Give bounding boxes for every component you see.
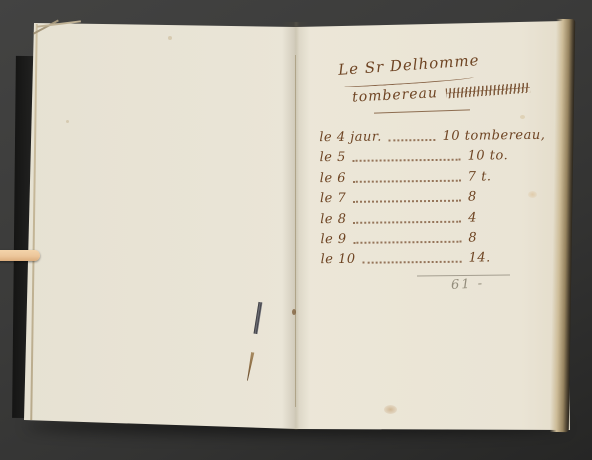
- entry-amount: 10 to.: [467, 148, 545, 164]
- dotted-leader: [353, 190, 461, 203]
- ledger-row: le 8 4: [320, 209, 546, 232]
- bookmark-tab: [0, 250, 40, 261]
- ledger-row: le 5 10 to.: [319, 148, 545, 171]
- notebook-photo: Le Sr Delhomme tombereau le 4 jaur. 10 t…: [0, 0, 592, 460]
- paper-stain: [384, 405, 397, 414]
- ledger-entry-list: le 4 jaur. 10 tombereau, le 5 10 to. le …: [319, 128, 546, 273]
- ledger-row: le 10 14.: [321, 250, 547, 273]
- entry-amount: 4: [468, 209, 546, 225]
- paper-speck: [168, 36, 172, 40]
- ledger-row: le 7 8: [320, 189, 546, 212]
- entry-amount: 7 t.: [468, 169, 546, 185]
- entry-amount: 8: [468, 189, 546, 205]
- entry-date: le 7: [320, 191, 346, 206]
- entry-date: le 10: [321, 252, 356, 267]
- pencil-total: 61 -: [451, 276, 485, 293]
- dotted-leader: [353, 169, 461, 182]
- binding-thread-dot: [292, 309, 296, 315]
- ledger-row: le 4 jaur. 10 tombereau,: [319, 128, 545, 151]
- scratched-out-text: [446, 83, 530, 99]
- paper-speck: [66, 120, 69, 123]
- entry-date: le 4 jaur.: [319, 130, 382, 146]
- ledger-row: le 6 7 t.: [320, 169, 546, 192]
- dotted-leader: [354, 231, 462, 244]
- book-gutter-shadow: [282, 22, 310, 430]
- dotted-leader: [353, 149, 461, 162]
- dotted-leader: [353, 210, 461, 223]
- entry-date: le 9: [320, 232, 346, 247]
- entry-amount: 14.: [469, 250, 547, 266]
- entry-amount: 8: [468, 230, 546, 246]
- paper-speck: [520, 115, 525, 119]
- entry-date: le 8: [320, 211, 346, 226]
- entry-date: le 6: [320, 171, 346, 186]
- gutter-fold-line: [295, 55, 296, 407]
- entry-date: le 5: [319, 150, 345, 165]
- entry-amount: 10 tombereau,: [443, 128, 546, 144]
- dotted-leader: [363, 251, 462, 264]
- dotted-leader: [389, 129, 436, 141]
- ledger-row: le 9 8: [320, 230, 546, 253]
